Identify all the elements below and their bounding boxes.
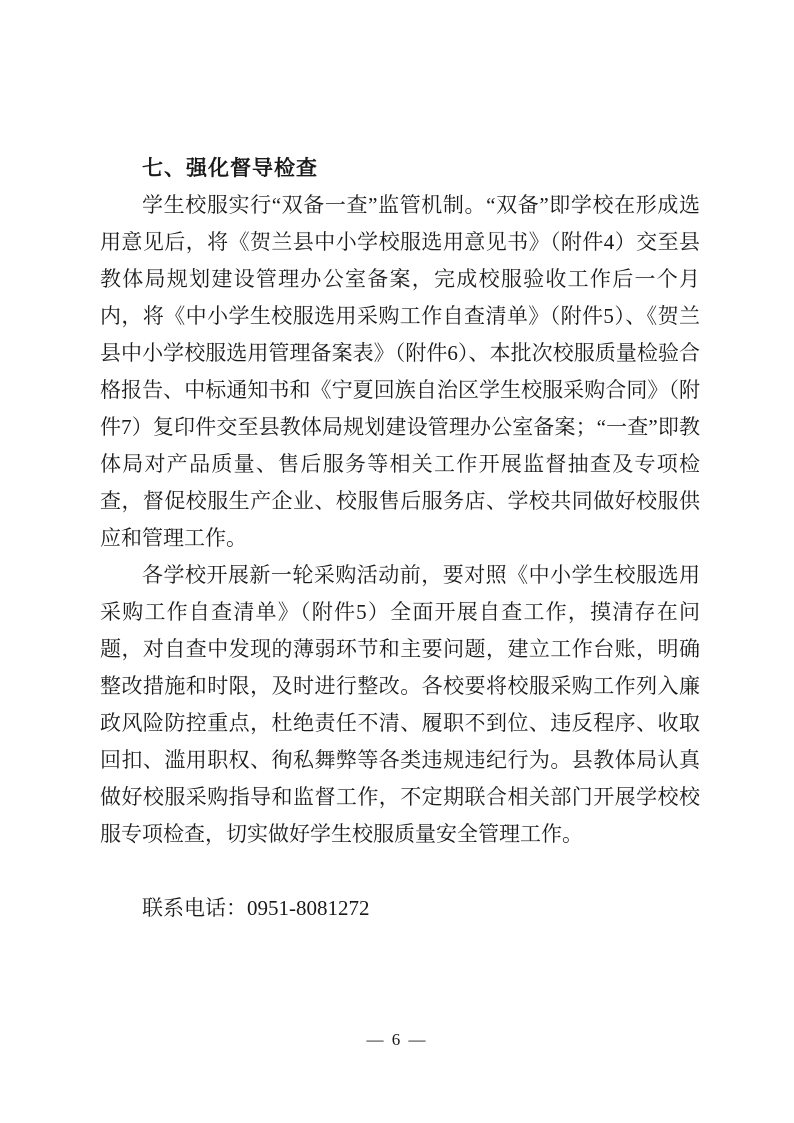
document-page: 七、强化督导检查 学生校服实行“双备一查”监管机制。“双备”即学校在形成选用意见…	[0, 0, 794, 1123]
paragraph-self-inspection: 各学校开展新一轮采购活动前，要对照《中小学生校服选用采购工作自查清单》（附件5）…	[100, 557, 700, 853]
section-heading: 七、强化督导检查	[100, 150, 700, 187]
contact-phone-line: 联系电话：0951-8081272	[100, 890, 700, 927]
page-number: — 6 —	[0, 1028, 794, 1052]
paragraph-supervision-mechanism: 学生校服实行“双备一查”监管机制。“双备”即学校在形成选用意见后，将《贺兰县中小…	[100, 187, 700, 557]
document-body: 七、强化督导检查 学生校服实行“双备一查”监管机制。“双备”即学校在形成选用意见…	[100, 150, 700, 927]
